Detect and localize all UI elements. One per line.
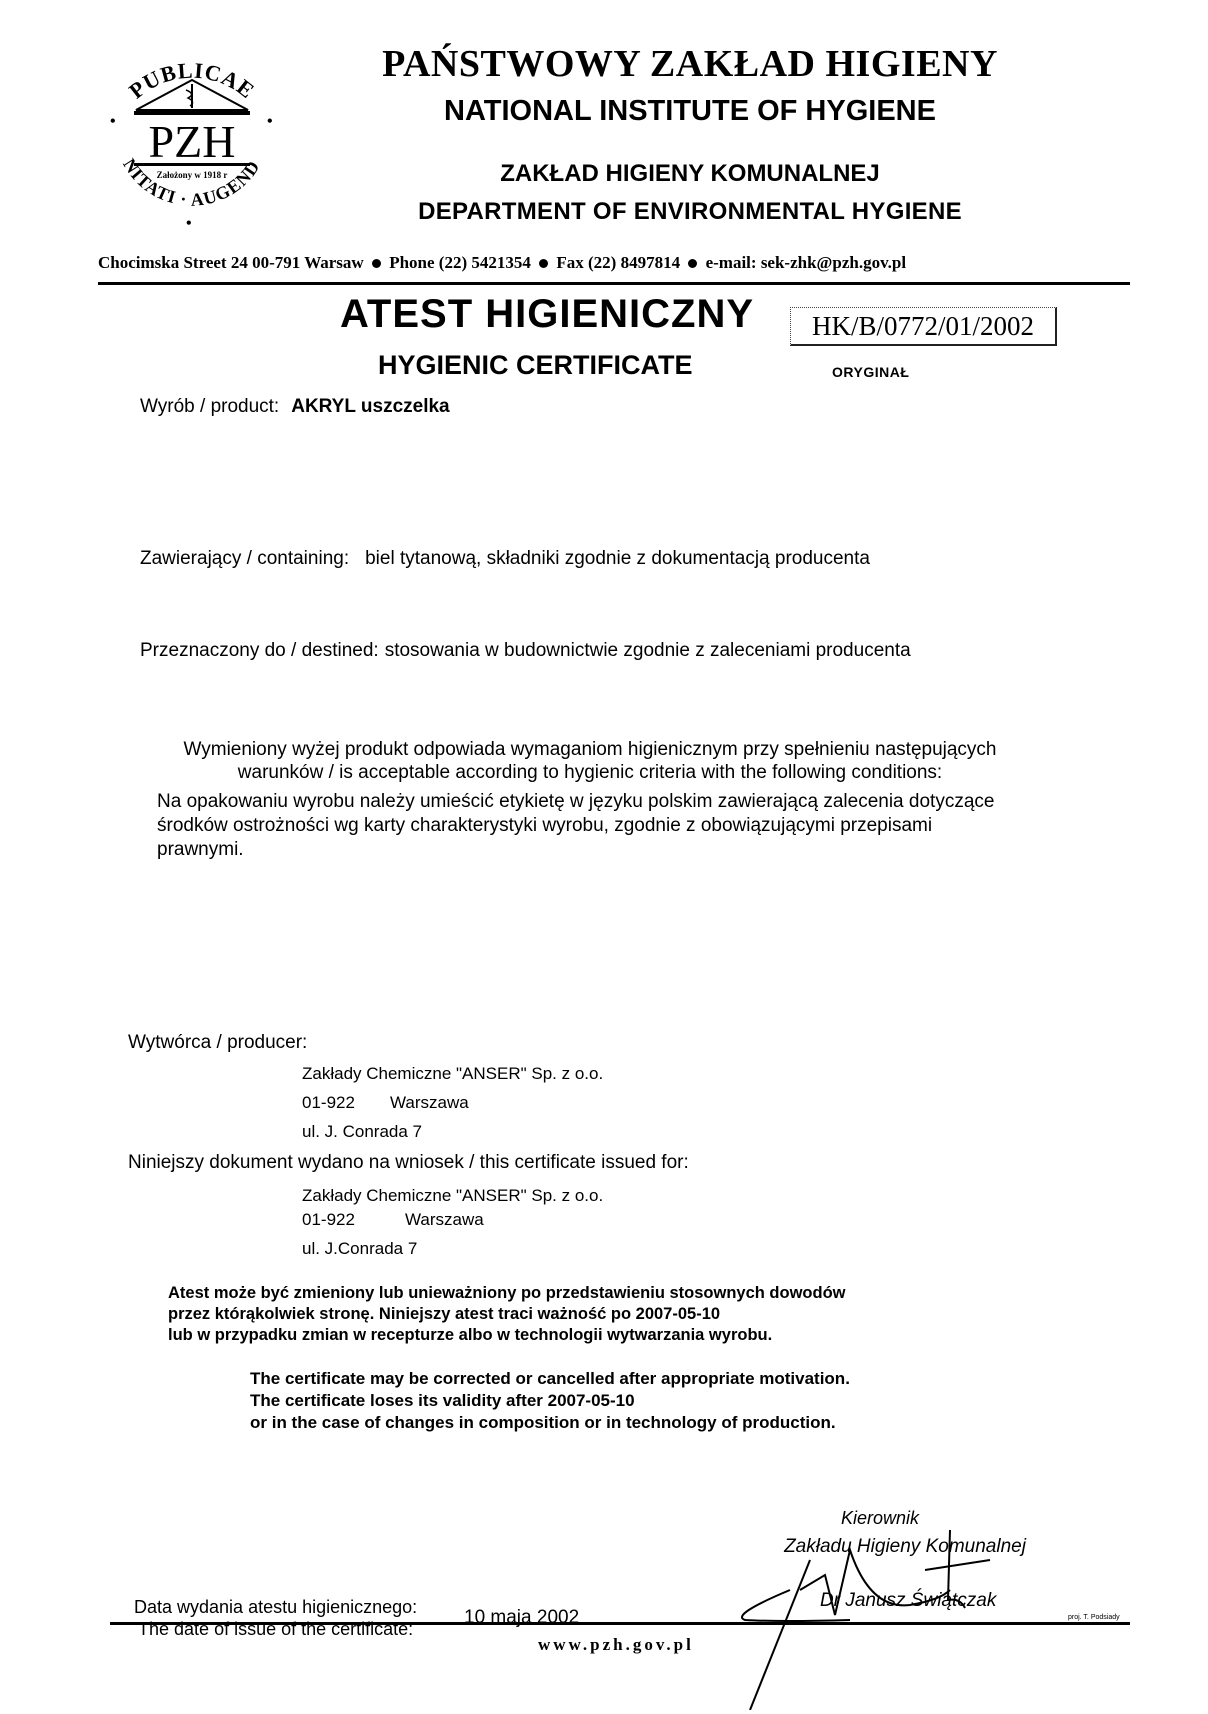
producer-street: ul. J. Conrada 7 xyxy=(302,1122,422,1142)
bullet-icon xyxy=(688,259,697,268)
bullet-icon xyxy=(539,259,548,268)
designer-credit: proj. T. Podsiady xyxy=(1068,1614,1120,1621)
issue-date-label: Data wydania atestu higienicznego: The d… xyxy=(134,1596,417,1640)
issued-for-name: Zakłady Chemiczne "ANSER" Sp. z o.o. xyxy=(302,1186,603,1206)
conditions-intro-line1: Wymieniony wyżej produkt odpowiada wymag… xyxy=(150,738,1030,761)
product-label: Wyrób / product: xyxy=(140,396,279,417)
bullet-icon xyxy=(372,259,381,268)
contact-line: Chocimska Street 24 00-791 Warsaw Phone … xyxy=(98,253,1128,273)
footer-divider xyxy=(110,1622,1130,1625)
validity-pl-line3: lub w przypadku zmian w recepturze albo … xyxy=(168,1325,988,1346)
validity-notice-en: The certificate may be corrected or canc… xyxy=(250,1368,1030,1434)
contact-fax: Fax (22) 8497814 xyxy=(556,253,680,272)
issue-date-value: 10 maja 2002 xyxy=(464,1607,579,1629)
issue-date-label-pl: Data wydania atestu higienicznego: xyxy=(134,1596,417,1618)
issued-for-label: Niniejszy dokument wydano na wniosek / t… xyxy=(128,1152,689,1174)
conditions-body: Na opakowaniu wyrobu należy umieścić ety… xyxy=(157,790,1007,862)
header-divider xyxy=(98,282,1130,285)
producer-label: Wytwórca / producer: xyxy=(128,1032,307,1054)
website-link[interactable]: www.pzh.gov.pl xyxy=(538,1635,694,1655)
producer-city: Warszawa xyxy=(390,1093,469,1113)
contact-address: Chocimska Street 24 00-791 Warsaw xyxy=(98,253,364,272)
issued-for-postal-code: 01-922 xyxy=(302,1210,355,1230)
pzh-seal-icon: PUBLICAE • • • SANITATI · AUGENDAE PZH Z… xyxy=(92,32,292,232)
product-value: AKRYL uszczelka xyxy=(291,396,449,417)
destined-value: stosowania w budownictwie zgodnie z zale… xyxy=(385,640,911,661)
validity-en-line3: or in the case of changes in composition… xyxy=(250,1412,1030,1434)
seal-founded-text: Założony w 1918 r xyxy=(157,170,228,180)
producer-postal-code: 01-922 xyxy=(302,1093,355,1113)
product-field: Wyrób / product:AKRYL uszczelka xyxy=(140,396,450,418)
containing-label: Zawierający / containing: xyxy=(140,548,349,569)
svg-text:•: • xyxy=(186,215,192,232)
dept-name-en: DEPARTMENT OF ENVIRONMENTAL HYGIENE xyxy=(330,198,1050,226)
org-name-pl: PAŃSTWOWY ZAKŁAD HIGIENY xyxy=(330,42,1050,86)
org-name-en: NATIONAL INSTITUTE OF HYGIENE xyxy=(330,95,1050,128)
certificate-number: HK/B/0772/01/2002 xyxy=(790,307,1057,346)
containing-field: Zawierający / containing:biel tytanową, … xyxy=(140,548,870,570)
validity-pl-line2: przez którąkolwiek stronę. Niniejszy ate… xyxy=(168,1304,988,1325)
validity-notice-pl: Atest może być zmieniony lub unieważnion… xyxy=(168,1283,988,1346)
signature-icon xyxy=(740,1520,1040,1710)
seal-center-text: PZH xyxy=(149,116,236,167)
conditions-intro: Wymieniony wyżej produkt odpowiada wymag… xyxy=(150,738,1030,784)
issued-for-city: Warszawa xyxy=(405,1210,484,1230)
conditions-intro-line2: warunków / is acceptable according to hy… xyxy=(150,761,1030,784)
contact-email[interactable]: e-mail: sek-zhk@pzh.gov.pl xyxy=(706,253,906,272)
destined-label: Przeznaczony do / destined: xyxy=(140,640,379,661)
validity-pl-line1: Atest może być zmieniony lub unieważnion… xyxy=(168,1283,988,1304)
producer-name: Zakłady Chemiczne "ANSER" Sp. z o.o. xyxy=(302,1064,603,1084)
containing-value: biel tytanową, składniki zgodnie z dokum… xyxy=(365,548,870,569)
dept-name-pl: ZAKŁAD HIGIENY KOMUNALNEJ xyxy=(330,160,1050,188)
validity-en-line2: The certificate loses its validity after… xyxy=(250,1390,1030,1412)
certificate-title-en: HYGIENIC CERTIFICATE xyxy=(378,350,693,381)
validity-en-line1: The certificate may be corrected or canc… xyxy=(250,1368,1030,1390)
svg-text:•: • xyxy=(110,113,116,130)
contact-phone: Phone (22) 5421354 xyxy=(389,253,531,272)
copy-type-label: ORYGINAŁ xyxy=(832,364,909,380)
svg-text:•: • xyxy=(267,113,273,130)
issued-for-street: ul. J.Conrada 7 xyxy=(302,1239,417,1259)
certificate-title-pl: ATEST HIGIENICZNY xyxy=(340,292,754,337)
destined-field: Przeznaczony do / destined:stosowania w … xyxy=(140,640,911,662)
